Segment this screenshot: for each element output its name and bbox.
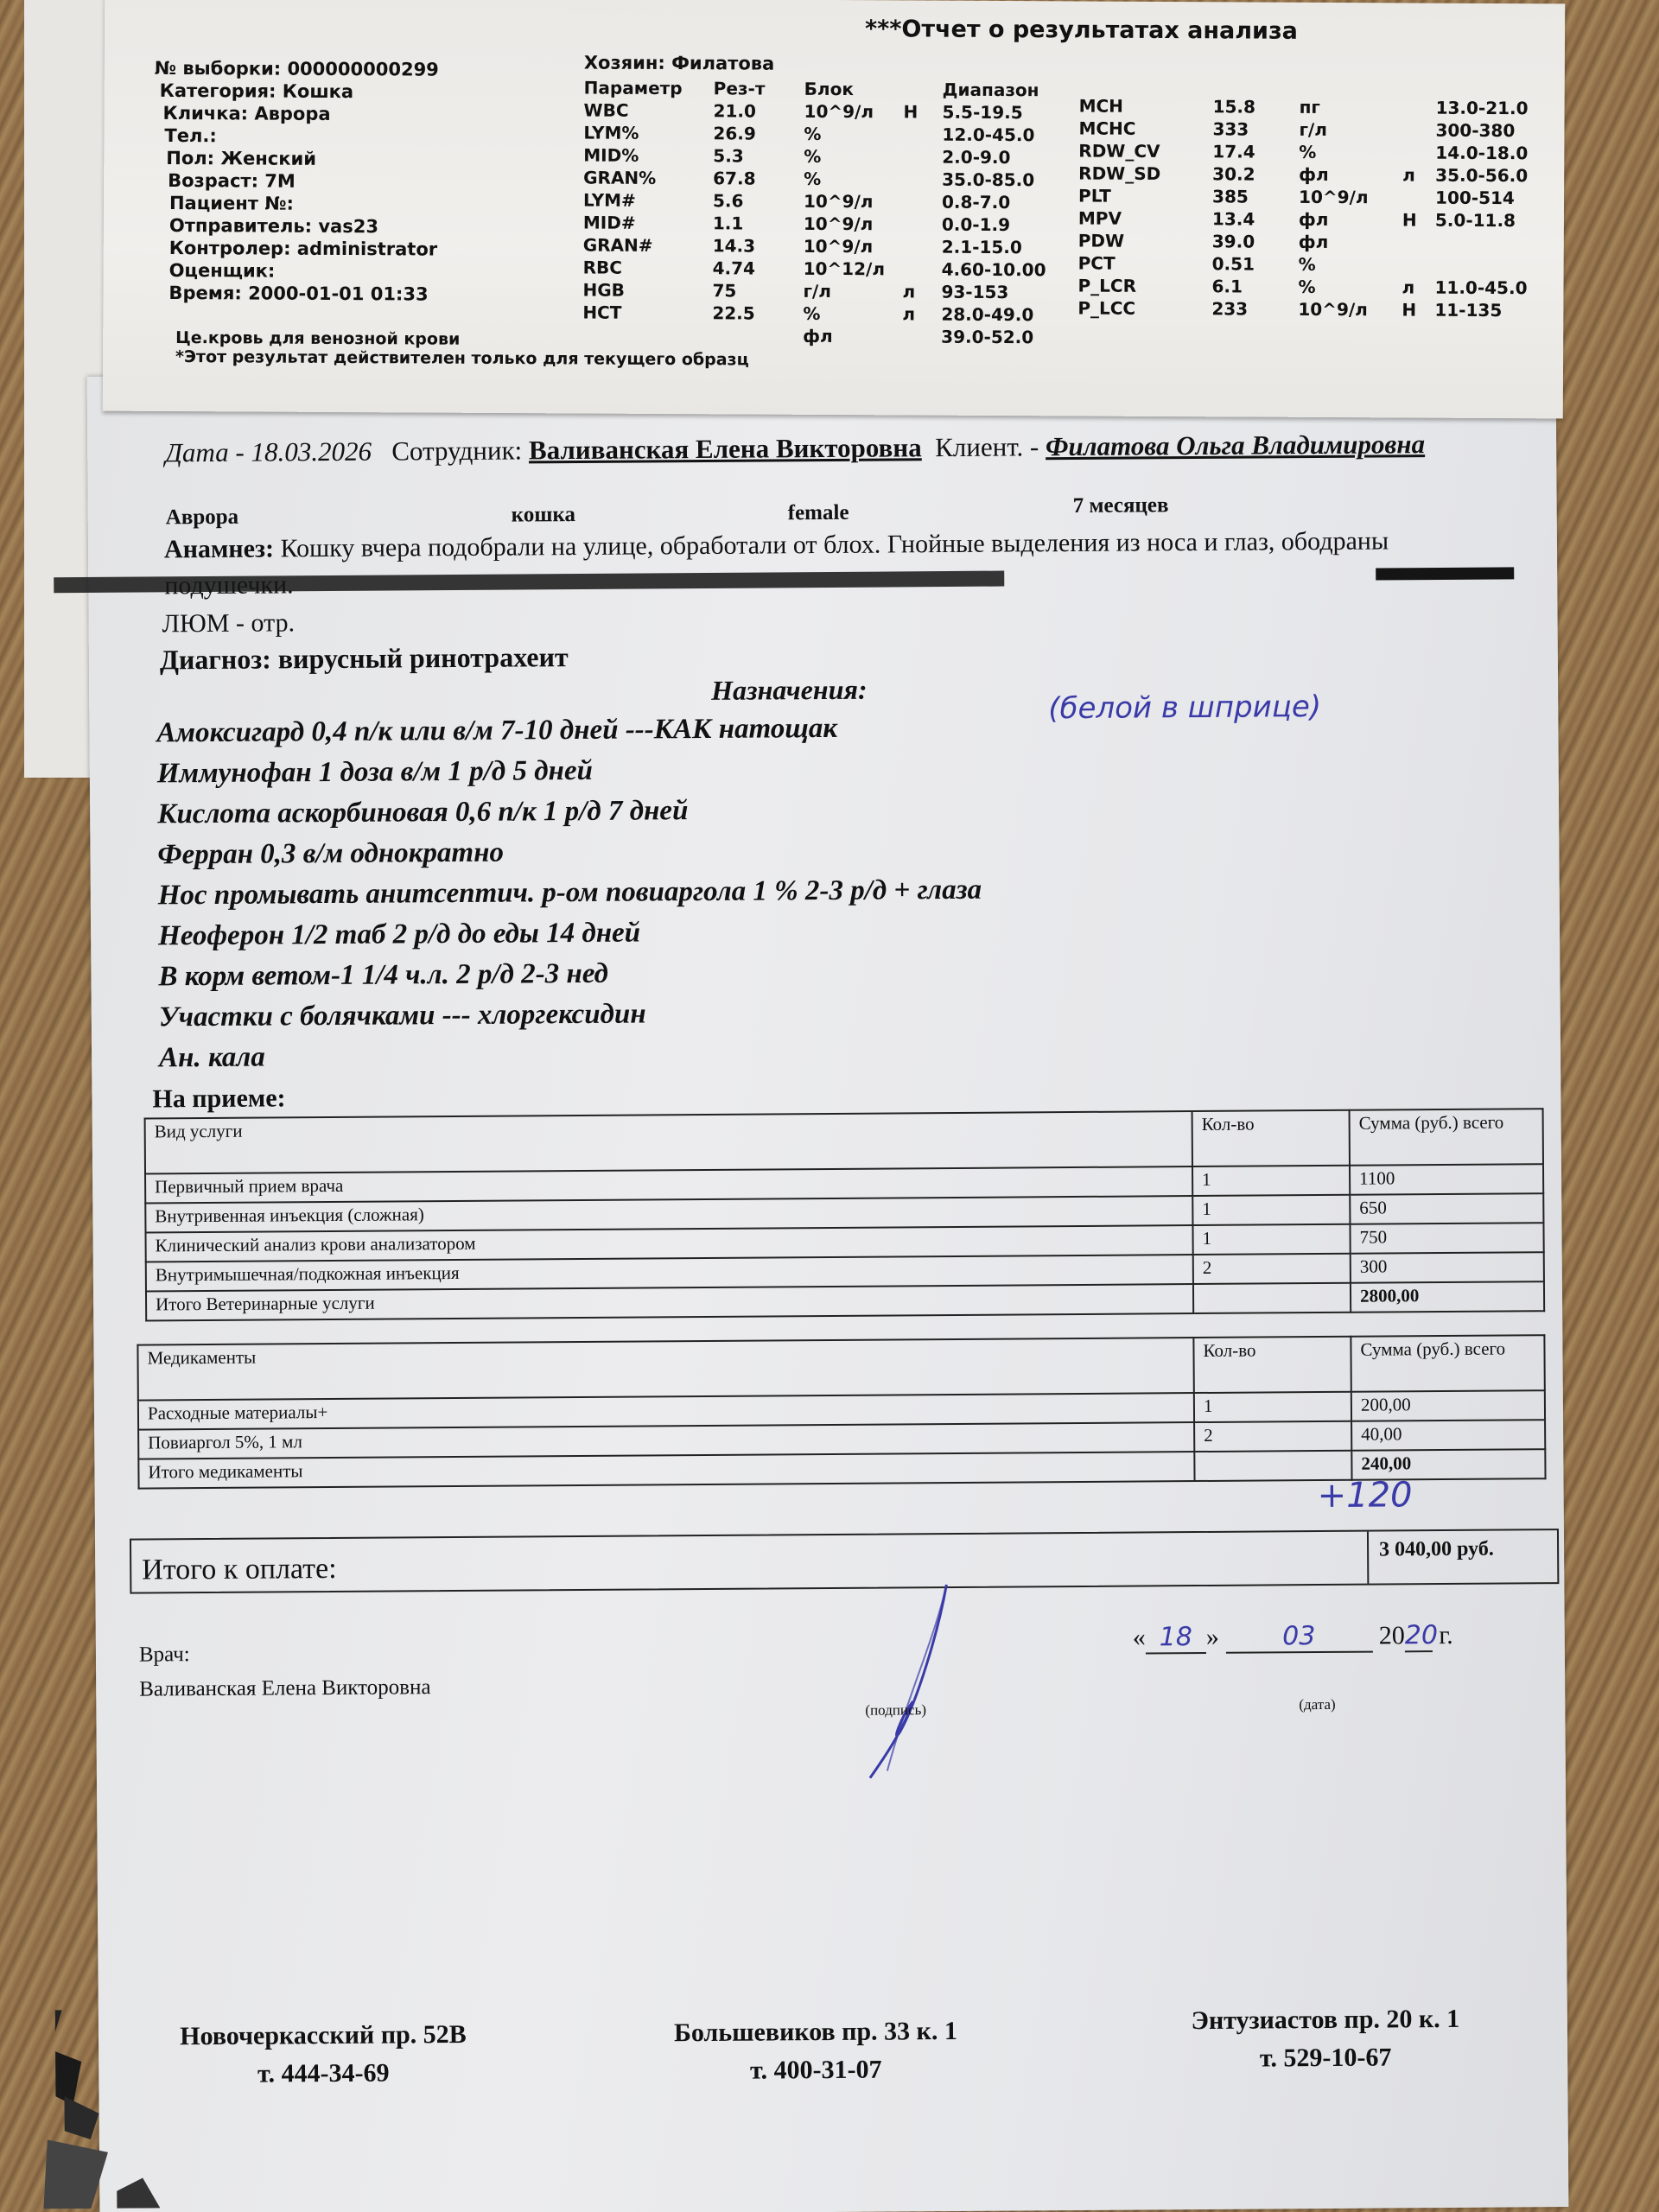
receipt-field: № выборки: 000000000299 xyxy=(155,57,439,81)
result-param: MID% xyxy=(583,143,713,167)
prescription-item: Иммунофан 1 доза в/м 1 р/д 5 дней xyxy=(157,748,982,795)
result-unit: 10^9/л xyxy=(1298,298,1402,321)
result-range: 2.1-15.0 xyxy=(942,236,1071,259)
result-param: RDW_SD xyxy=(1078,162,1212,185)
result-unit: 10^9/л xyxy=(1299,186,1402,209)
employee-name: Валиванская Елена Викторовна xyxy=(529,432,922,465)
vet-visit-sheet: Дата - 18.03.2026 Сотрудник: Валиванская… xyxy=(87,366,1569,2212)
result-value: 333 xyxy=(1212,118,1299,141)
result-row: MID#1.110^9/л0.0-1.9 xyxy=(583,211,1071,236)
medication-qty: 2 xyxy=(1194,1421,1351,1452)
services-section-label: На приеме: xyxy=(152,1084,285,1114)
result-flag xyxy=(1403,96,1436,118)
result-range xyxy=(1435,232,1565,255)
result-param: P_LCC xyxy=(1077,296,1211,320)
services-table: Вид услуги Кол-во Сумма (руб.) всего Пер… xyxy=(144,1108,1546,1321)
receipt-field: Категория: Кошка xyxy=(155,79,439,104)
col-header-medication: Медикаменты xyxy=(137,1338,1193,1401)
signoff-date: «18» 03 2020 г. xyxy=(1133,1620,1453,1655)
result-value: 5.3 xyxy=(713,144,804,168)
redaction-bar xyxy=(1376,567,1514,580)
result-range: 0.8-7.0 xyxy=(942,191,1071,214)
result-range: 13.0-21.0 xyxy=(1436,97,1566,120)
result-row: LYM%26.9%12.0-45.0 xyxy=(583,121,1071,146)
col-range: Диапазон xyxy=(943,79,1072,102)
result-value: 15.8 xyxy=(1213,95,1300,118)
result-value: 39.0 xyxy=(1212,230,1299,253)
prescriptions-list: Амоксигард 0,4 п/к или в/м 7-10 дней ---… xyxy=(156,708,982,1079)
result-row: HGB75г/лл93-153 xyxy=(582,278,1071,303)
result-range: 35.0-56.0 xyxy=(1435,164,1565,188)
result-row: RDW_CV17.4%14.0-18.0 xyxy=(1078,139,1565,164)
result-flag: Н xyxy=(904,100,943,123)
col-header-qty: Кол-во xyxy=(1193,1337,1351,1393)
result-row: RDW_SD30.2флл35.0-56.0 xyxy=(1078,162,1565,187)
result-row: P_LCC23310^9/лН11-135 xyxy=(1077,296,1564,321)
doctor-label: Врач: xyxy=(139,1636,431,1672)
result-unit: фл xyxy=(1299,231,1402,254)
date-year-prefix: 20 xyxy=(1379,1621,1405,1649)
result-value: 4.74 xyxy=(713,257,804,280)
prescription-item: Нос промывать анитсептич. р-ом повиаргол… xyxy=(158,870,982,917)
visit-header: Дата - 18.03.2026 Сотрудник: Валиванская… xyxy=(165,428,1504,470)
result-param: GRAN# xyxy=(583,233,713,257)
result-range: 300-380 xyxy=(1435,119,1565,143)
result-unit: фл xyxy=(803,325,902,348)
address-street: Большевиков пр. 33 к. 1 xyxy=(652,2012,980,2053)
address-phone: т. 529-10-67 xyxy=(1153,2038,1498,2079)
medication-qty: 1 xyxy=(1194,1392,1351,1422)
receipt-field: Пол: Женский xyxy=(154,147,438,171)
result-value: 0.51 xyxy=(1212,252,1299,276)
result-flag: л xyxy=(1402,163,1435,186)
result-value: 67.8 xyxy=(713,167,804,190)
result-unit: фл xyxy=(1299,163,1402,187)
col-unit: Блок xyxy=(804,78,904,101)
col-header-qty: Кол-во xyxy=(1192,1110,1350,1166)
result-range: 100-514 xyxy=(1435,187,1565,210)
result-value: 30.2 xyxy=(1212,162,1299,186)
service-qty: 1 xyxy=(1192,1195,1350,1225)
address-phone: т. 400-31-07 xyxy=(652,2050,980,2091)
result-row: MPV13.4флН5.0-11.8 xyxy=(1078,207,1565,232)
clinic-logo-icon xyxy=(38,2009,169,2209)
result-row: PCT0.51% xyxy=(1078,251,1565,276)
result-unit: пг xyxy=(1300,96,1403,119)
prescription-item: Кислота аскорбиновая 0,6 п/к 1 р/д 7 дне… xyxy=(157,789,982,836)
result-range: 12.0-45.0 xyxy=(942,124,1071,147)
pet-sex: female xyxy=(788,501,849,525)
result-param: RBC xyxy=(583,256,713,279)
result-range: 39.0-52.0 xyxy=(941,326,1071,349)
result-flag: л xyxy=(902,302,941,325)
result-param: GRAN% xyxy=(583,166,713,189)
result-param: MPV xyxy=(1078,207,1212,230)
table-header-row: Медикаменты Кол-во Сумма (руб.) всего xyxy=(137,1335,1544,1400)
result-range: 11.0-45.0 xyxy=(1434,276,1564,300)
result-range xyxy=(1435,254,1565,277)
result-param: P_LCR xyxy=(1077,274,1211,297)
prescription-item: Амоксигард 0,4 п/к или в/м 7-10 дней ---… xyxy=(156,708,981,754)
result-flag: Н xyxy=(1402,298,1434,321)
services-total-label: Итого Ветеринарные услуги xyxy=(146,1284,1193,1320)
result-param: MCH xyxy=(1079,94,1213,118)
service-qty: 1 xyxy=(1192,1166,1350,1196)
result-value: 22.5 xyxy=(712,302,803,325)
receipt-title: ***Отчет о результатах анализа xyxy=(865,16,1298,45)
result-flag xyxy=(1402,118,1435,141)
result-row: LYM#5.610^9/л0.8-7.0 xyxy=(583,188,1071,213)
results-header-row: Параметр Рез-т Блок Диапазон xyxy=(584,76,1072,101)
result-value: 6.1 xyxy=(1211,275,1298,298)
result-value: 21.0 xyxy=(714,99,804,123)
receipt-field: Отправитель: vas23 xyxy=(154,214,438,238)
prescription-item: Участки с болячками --- хлоргексидин xyxy=(159,992,983,1039)
grand-total-label: Итого к оплате: xyxy=(142,1553,337,1587)
result-value: 75 xyxy=(712,279,803,302)
result-row: PDW39.0фл xyxy=(1078,229,1565,254)
address-branch-3: Энтузиастов пр. 20 к. 1 т. 529-10-67 xyxy=(1153,2000,1499,2079)
result-row: HCT22.5%л28.0-49.0 xyxy=(582,301,1071,326)
date-day: 18 xyxy=(1146,1622,1206,1654)
result-value: 14.3 xyxy=(713,234,804,257)
result-unit: 10^9/л xyxy=(804,100,904,124)
address-street: Новочеркасский пр. 52В xyxy=(159,2016,487,2056)
receipt-field: Возраст: 7М xyxy=(154,169,438,194)
results-table-right: MCH15.8пг13.0-21.0MCHC333г/л300-380RDW_C… xyxy=(1077,94,1565,321)
col-header-sum: Сумма (руб.) всего xyxy=(1350,1109,1543,1166)
result-row: MCH15.8пг13.0-21.0 xyxy=(1079,94,1566,119)
result-flag xyxy=(1402,141,1435,163)
employee-label: Сотрудник: xyxy=(391,435,522,466)
receipt-field: Оценщик: xyxy=(154,259,438,283)
result-row: RBC4.7410^12/л4.60-10.00 xyxy=(583,256,1071,281)
result-param: LYM# xyxy=(583,188,713,212)
result-param: PCT xyxy=(1078,251,1212,275)
client-label: Клиент. - xyxy=(935,431,1039,462)
address-street: Энтузиастов пр. 20 к. 1 xyxy=(1153,2000,1498,2041)
result-range: 35.0-85.0 xyxy=(942,168,1071,192)
result-row: P_LCR6.1%л11.0-45.0 xyxy=(1077,274,1564,299)
diagnosis: Диагноз: вирусный ринотрахеит xyxy=(160,641,569,676)
result-unit: % xyxy=(1299,253,1402,276)
result-row: MID%5.3%2.0-9.0 xyxy=(583,143,1071,168)
col-flag xyxy=(904,78,943,100)
pet-name: Аврора xyxy=(166,505,239,531)
col-header-service: Вид услуги xyxy=(145,1111,1192,1173)
result-range: 5.5-19.5 xyxy=(943,101,1072,124)
result-param: PLT xyxy=(1078,184,1212,207)
result-value: 5.6 xyxy=(713,189,804,213)
result-flag xyxy=(902,325,941,347)
result-flag xyxy=(903,123,942,145)
result-value: 26.9 xyxy=(713,122,804,145)
col-header-sum: Сумма (руб.) всего xyxy=(1351,1335,1544,1392)
result-param: LYM% xyxy=(583,121,713,144)
result-param: PDW xyxy=(1078,229,1212,252)
result-unit: г/л xyxy=(1299,118,1402,142)
visit-date: Дата - 18.03.2026 xyxy=(165,436,372,468)
result-param: MCHC xyxy=(1078,117,1212,140)
receipt-field: Контролер: administrator xyxy=(154,237,438,261)
signature-icon xyxy=(864,1580,961,1780)
prescription-item: Ферран 0,3 в/м однократно xyxy=(157,829,982,876)
result-value: 17.4 xyxy=(1212,140,1299,163)
result-unit: 10^9/л xyxy=(804,190,903,213)
receipt-footer: Це.кровь для венозной крови *Этот резуль… xyxy=(175,328,749,369)
col-result: Рез-т xyxy=(714,77,804,100)
prescription-item: В корм ветом-1 1/4 ч.л. 2 р/д 2-3 нед xyxy=(158,951,982,998)
pet-info: Аврора кошка female 7 месяцев xyxy=(166,497,1462,505)
result-flag: Н xyxy=(1402,208,1435,231)
prescription-item: Ан. кала xyxy=(159,1033,983,1079)
grand-total-row: Итого к оплате: 3 040,00 руб. xyxy=(130,1529,1559,1594)
result-row: MCHC333г/л300-380 xyxy=(1078,117,1565,142)
receipt-footer-line: *Этот результат действителен только для … xyxy=(175,347,749,369)
result-param: HGB xyxy=(582,278,712,302)
result-value: 233 xyxy=(1211,297,1298,321)
prescriptions-title: Назначения: xyxy=(711,674,868,707)
result-flag xyxy=(903,168,942,190)
client-name: Филатова Ольга Владимировна xyxy=(1046,429,1425,461)
result-unit: 10^9/л xyxy=(804,235,903,258)
result-flag: л xyxy=(1402,276,1434,298)
result-unit: % xyxy=(803,302,902,326)
receipt-field: Пациент №: xyxy=(154,192,438,216)
result-range: 93-153 xyxy=(941,281,1071,304)
medication-sum: 200,00 xyxy=(1351,1390,1545,1421)
result-unit: г/л xyxy=(803,280,902,303)
result-range: 0.0-1.9 xyxy=(942,213,1071,237)
result-range: 28.0-49.0 xyxy=(941,303,1071,327)
result-row: WBC21.010^9/лН5.5-19.5 xyxy=(584,99,1072,124)
service-qty: 1 xyxy=(1192,1224,1350,1255)
result-flag xyxy=(903,213,942,235)
result-param: HCT xyxy=(582,301,712,324)
signature-label: (подпись) xyxy=(865,1701,926,1719)
result-range: 4.60-10.00 xyxy=(942,258,1071,282)
result-unit: % xyxy=(1299,141,1402,164)
handwritten-note: (белой в шприце) xyxy=(1048,690,1321,726)
address-branch-1: Новочеркасский пр. 52В т. 444-34-69 xyxy=(159,2016,488,2094)
service-sum: 650 xyxy=(1350,1193,1543,1224)
result-flag: л xyxy=(902,280,941,302)
result-unit: % xyxy=(804,123,903,146)
lum-note: ЛЮМ - отр. xyxy=(162,608,295,639)
result-range: 5.0-11.8 xyxy=(1435,209,1565,232)
col-param: Параметр xyxy=(584,76,714,99)
date-year: 20 xyxy=(1405,1620,1433,1652)
result-flag xyxy=(1402,231,1435,253)
anamnesis-label: Анамнез: xyxy=(164,534,274,563)
result-range: 14.0-18.0 xyxy=(1435,142,1565,165)
result-unit: % xyxy=(804,168,903,191)
date-year-suffix: г. xyxy=(1439,1621,1453,1649)
receipt-field: Время: 2000-01-01 01:33 xyxy=(153,282,437,306)
service-sum: 300 xyxy=(1351,1252,1544,1283)
result-param: RDW_CV xyxy=(1078,139,1212,162)
result-flag xyxy=(903,257,942,280)
anamnesis: Анамнез: Кошку вчера подобрали на улице,… xyxy=(164,522,1513,604)
result-unit: фл xyxy=(1299,208,1402,232)
pet-species: кошка xyxy=(512,503,575,528)
receipt-sample-info: № выборки: 000000000299 Категория: Кошка… xyxy=(153,57,438,306)
address-phone: т. 444-34-69 xyxy=(159,2054,487,2094)
result-value: 1.1 xyxy=(713,212,804,235)
result-flag xyxy=(1402,186,1435,208)
result-flag xyxy=(903,235,942,257)
result-unit: % xyxy=(804,145,903,168)
result-value: 13.4 xyxy=(1212,207,1299,231)
grand-total-value: 3 040,00 руб. xyxy=(1367,1530,1557,1584)
result-unit: % xyxy=(1298,276,1402,299)
medication-sum: 40,00 xyxy=(1351,1420,1545,1451)
service-sum: 750 xyxy=(1350,1223,1543,1254)
result-row: GRAN#14.310^9/л2.1-15.0 xyxy=(583,233,1071,258)
result-param: MID# xyxy=(583,211,713,234)
result-range: 11-135 xyxy=(1434,299,1564,322)
result-row: PLT38510^9/л100-514 xyxy=(1078,184,1565,209)
doctor-name: Валиванская Елена Викторовна xyxy=(139,1670,431,1707)
date-label: (дата) xyxy=(1299,1696,1335,1713)
services-total: 2800,00 xyxy=(1351,1281,1544,1313)
service-sum: 1100 xyxy=(1350,1164,1543,1195)
address-branch-2: Большевиков пр. 33 к. 1 т. 400-31-07 xyxy=(652,2012,981,2091)
table-header-row: Вид услуги Кол-во Сумма (руб.) всего xyxy=(145,1109,1543,1173)
receipt-field: Кличка: Аврора xyxy=(154,102,438,126)
prescription-item: Неоферон 1/2 таб 2 р/д до еды 14 дней xyxy=(158,911,982,957)
result-unit: 10^12/л xyxy=(804,257,903,281)
result-flag xyxy=(903,190,942,213)
result-unit: 10^9/л xyxy=(804,213,903,236)
result-value: 385 xyxy=(1212,185,1299,208)
pet-age: 7 месяцев xyxy=(1073,493,1169,518)
medications-table: Медикаменты Кол-во Сумма (руб.) всего Ра… xyxy=(137,1334,1546,1489)
receipt-owner: Хозяин: Филатова xyxy=(584,52,775,73)
receipt-field: Тел.: xyxy=(154,124,438,149)
result-flag xyxy=(903,145,942,168)
service-qty: 2 xyxy=(1193,1254,1351,1284)
results-table-left: Параметр Рез-т Блок Диапазон WBC21.010^9… xyxy=(582,76,1072,348)
doctor-block: Врач: Валиванская Елена Викторовна xyxy=(139,1636,431,1707)
date-month: 03 xyxy=(1225,1621,1372,1654)
result-flag xyxy=(1402,253,1435,276)
result-range: 2.0-9.0 xyxy=(942,146,1071,169)
medications-total-label: Итого медикаменты xyxy=(138,1452,1194,1489)
result-param: WBC xyxy=(584,99,714,122)
handwritten-extra-amount: +120 xyxy=(1318,1475,1413,1516)
blood-analysis-receipt: ***Отчет о результатах анализа № выборки… xyxy=(103,0,1565,418)
result-row: GRAN%67.8%35.0-85.0 xyxy=(583,166,1071,191)
